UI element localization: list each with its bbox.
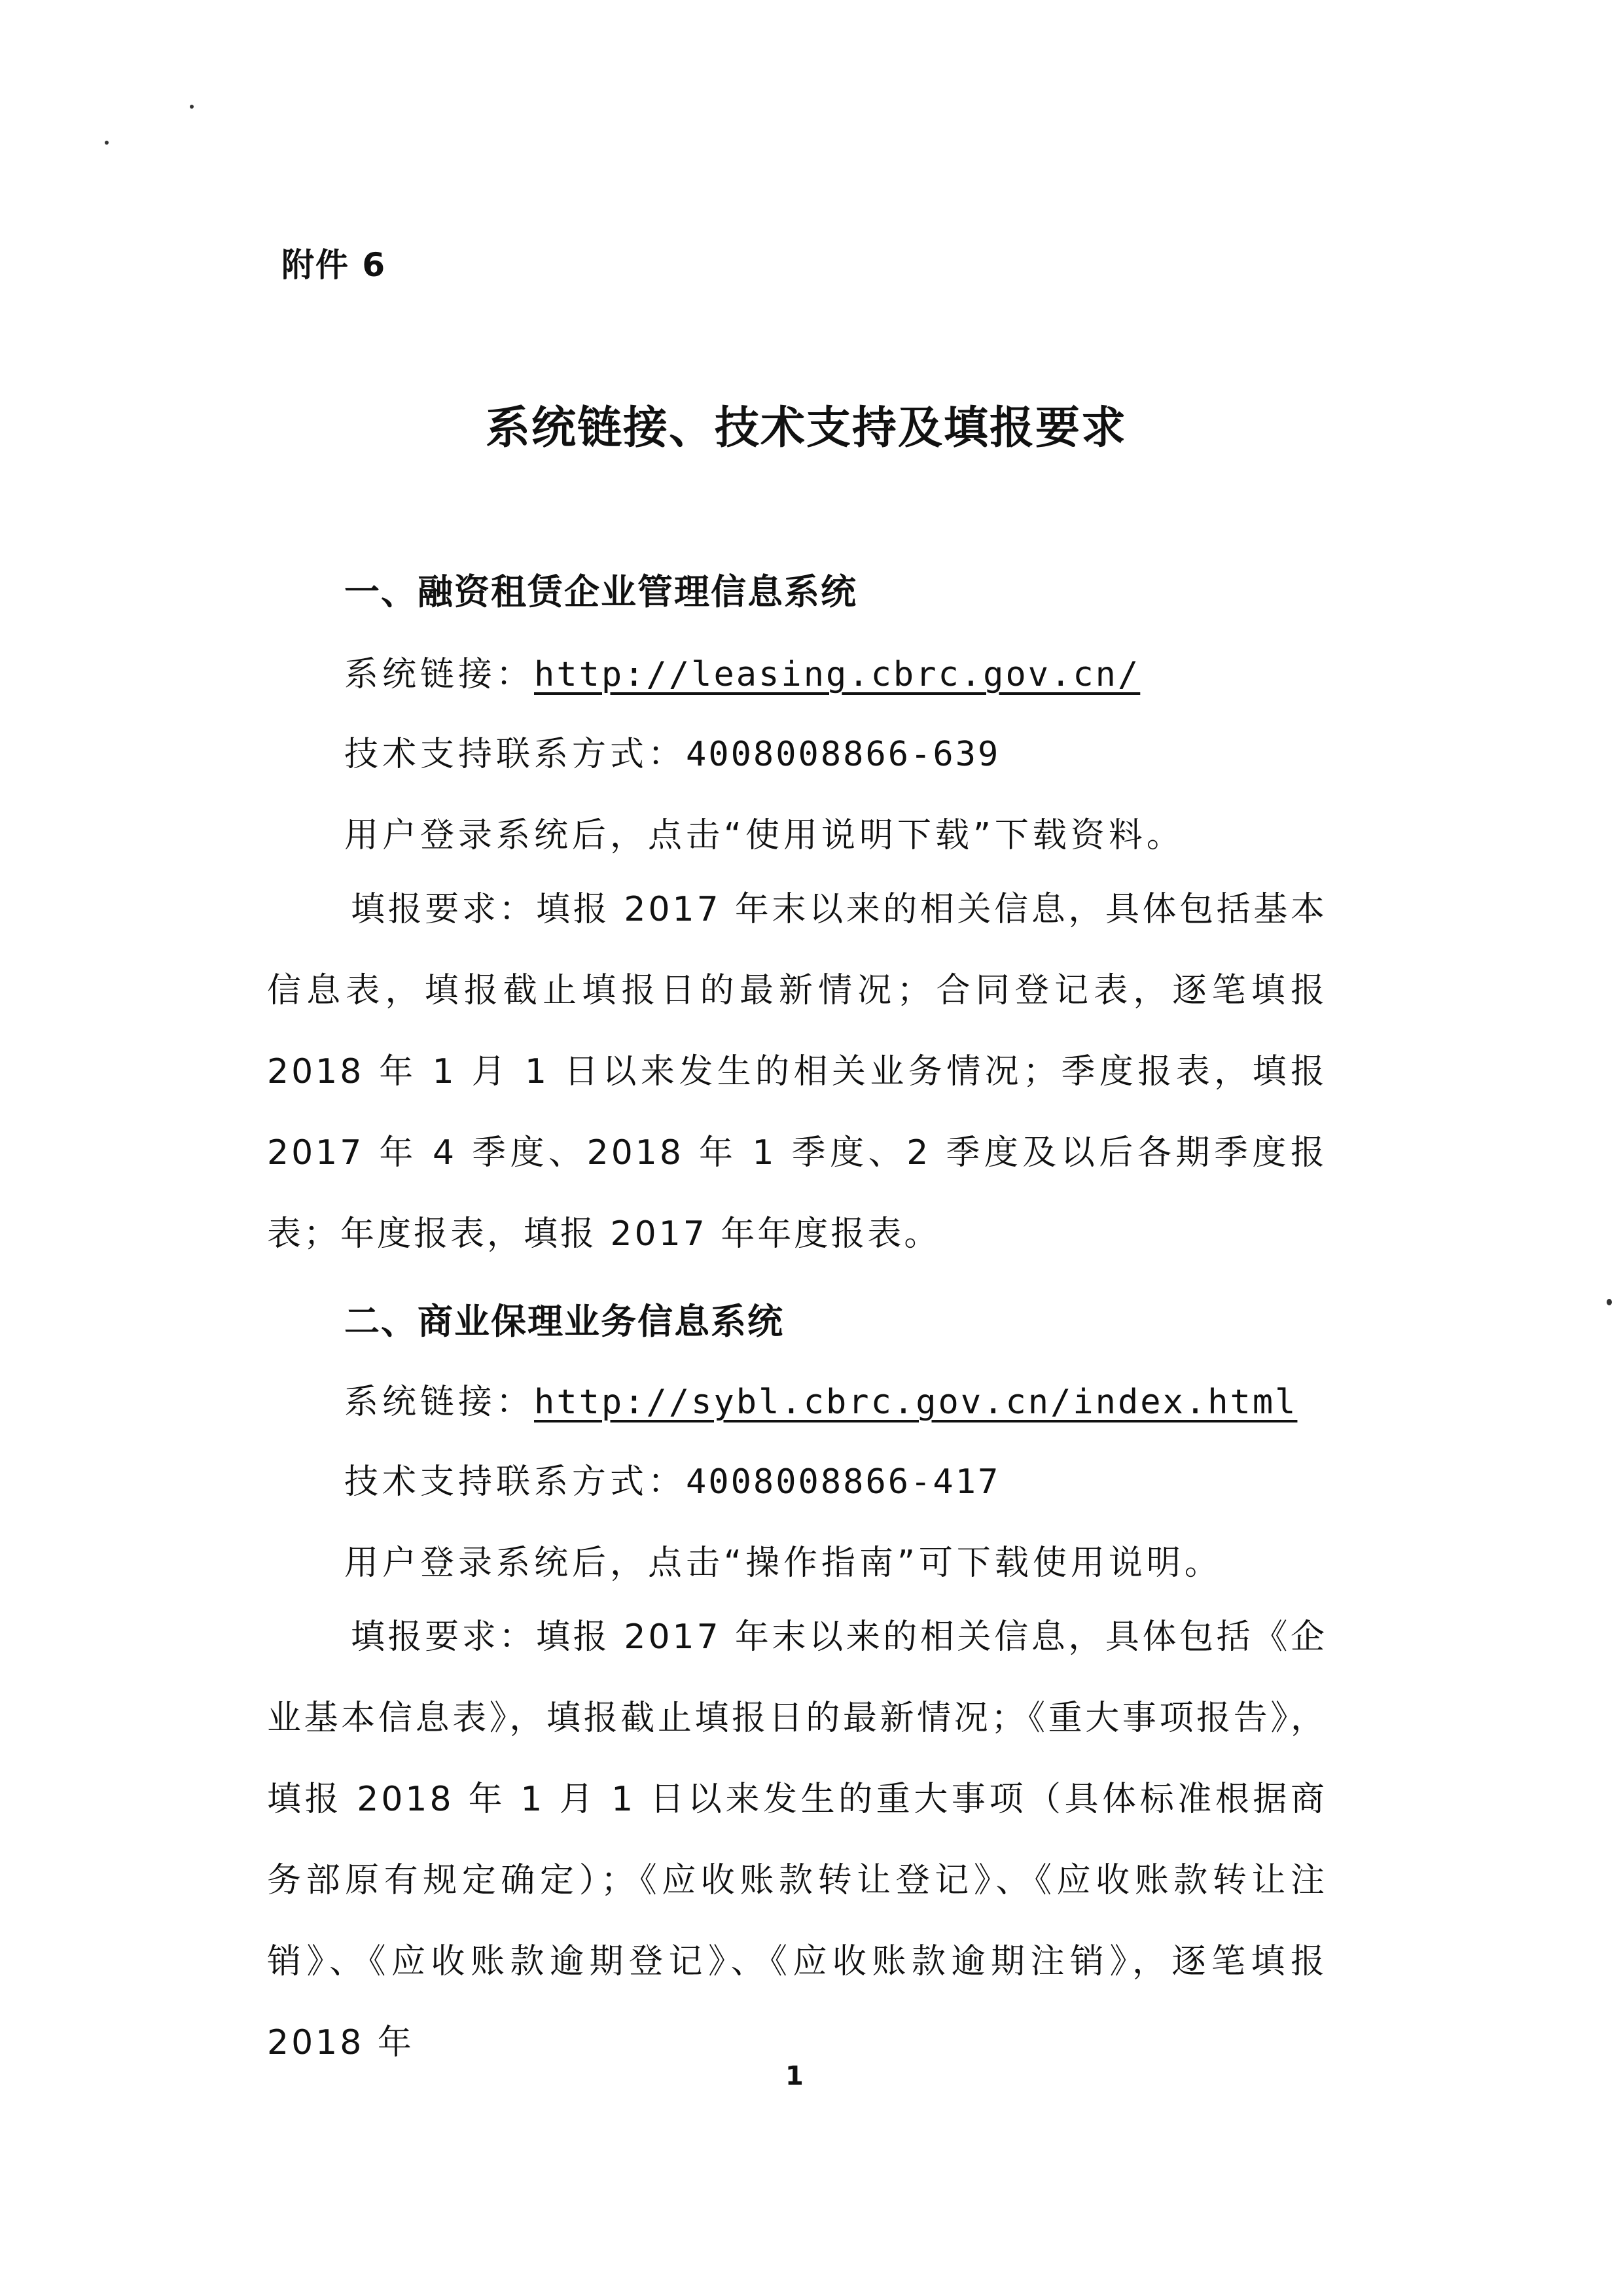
page-number: 1 (785, 2061, 804, 2091)
support-phone: 4008008866-639 (686, 735, 1000, 774)
section-2-heading: 二、商业保理业务信息系统 (344, 1294, 784, 1344)
section-1-heading: 一、融资租赁企业管理信息系统 (344, 564, 857, 614)
factoring-system-link[interactable]: http://sybl.cbrc.gov.cn/index.html (534, 1383, 1297, 1422)
support-label: 技术支持联系方式： (344, 735, 686, 774)
section-2-link-row: 系统链接：http://sybl.cbrc.gov.cn/index.html (344, 1374, 1297, 1423)
link-label: 系统链接： (344, 1383, 534, 1422)
link-label: 系统链接： (344, 655, 534, 694)
leasing-system-link[interactable]: http://leasing.cbrc.gov.cn/ (534, 655, 1140, 694)
section-1-requirements: 填报要求：填报 2017 年末以来的相关信息，具体包括基本信息表，填报截止填报日… (267, 869, 1327, 1275)
support-phone: 4008008866-417 (686, 1462, 1000, 1502)
attachment-label: 附件 6 (281, 239, 386, 286)
section-2-requirements: 填报要求：填报 2017 年末以来的相关信息，具体包括《企业基本信息表》，填报截… (267, 1597, 1327, 2083)
scan-speck (1607, 1299, 1612, 1305)
support-label: 技术支持联系方式： (344, 1462, 686, 1502)
section-2-instruction: 用户登录系统后，点击“操作指南”可下载使用说明。 (344, 1535, 1222, 1584)
page-title: 系统链接、技术支持及填报要求 (486, 393, 1127, 456)
section-1-support-row: 技术支持联系方式：4008008866-639 (344, 726, 1000, 775)
section-1-instruction: 用户登录系统后，点击“使用说明下载”下载资料。 (344, 807, 1185, 857)
scan-speck (105, 141, 109, 145)
scan-speck (190, 105, 194, 109)
section-2-support-row: 技术支持联系方式：4008008866-417 (344, 1454, 1000, 1503)
section-1-link-row: 系统链接：http://leasing.cbrc.gov.cn/ (344, 646, 1140, 696)
